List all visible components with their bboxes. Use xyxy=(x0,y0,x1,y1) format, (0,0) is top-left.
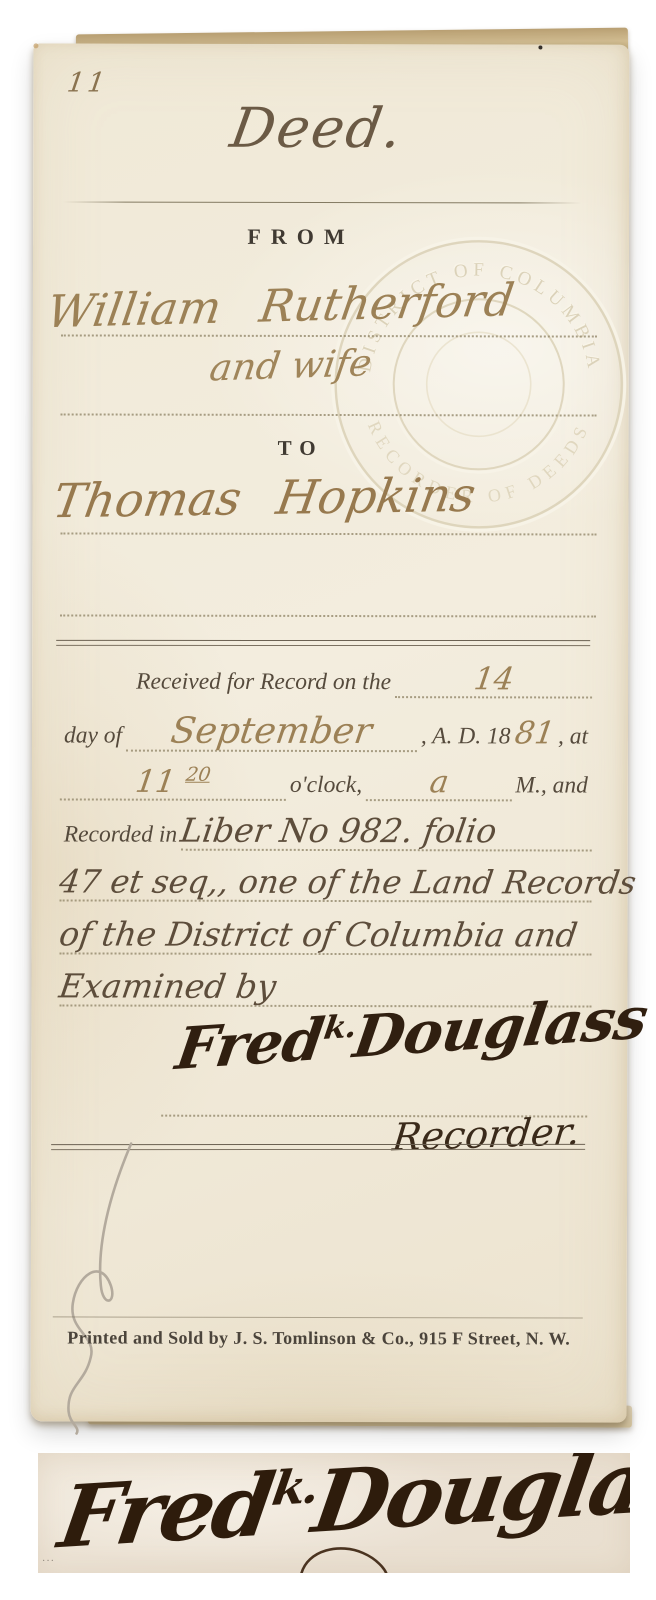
printed-ad-prefix: , A. D. 18 xyxy=(417,723,515,750)
handwritten-folio: 47 et seq,, one of the Land Records xyxy=(58,867,638,897)
handwritten-liber: Liber No 982. folio xyxy=(179,816,499,846)
handwritten-jurisdiction: of the District of Columbia and xyxy=(57,919,579,950)
paper-speck xyxy=(538,45,542,49)
received-line-2: day of September , A. D. 18 81 , at xyxy=(60,715,592,752)
printed-at: , at xyxy=(554,723,592,750)
grantee-name: Thomas Hopkins xyxy=(49,466,620,530)
received-line-6: of the District of Columbia and xyxy=(60,919,592,955)
edge-marks: ··· xyxy=(42,1556,55,1567)
pencil-scribble xyxy=(39,1135,160,1435)
printed-day-of: day of xyxy=(60,722,126,749)
recorder-title: Recorder. xyxy=(390,1109,582,1159)
form-blank-line xyxy=(61,412,597,416)
handwritten-examined-by: Examined by xyxy=(57,971,278,1001)
horizontal-rule xyxy=(63,201,581,203)
printed-received-prefix: Received for Record on the xyxy=(132,669,395,697)
handwritten-month: September xyxy=(169,716,374,749)
received-line-3: 11 20 o'clock, a M., and xyxy=(60,765,592,801)
handwritten-meridiem: a xyxy=(428,770,450,798)
form-blank-line xyxy=(60,531,596,535)
paper-speck xyxy=(33,43,38,48)
to-label: TO xyxy=(33,435,569,461)
form-blank-line xyxy=(60,613,596,617)
signature-closeup-inset: Fredk.Douglass ··· xyxy=(38,1453,630,1573)
printer-imprint: Printed and Sold by J. S. Tomlinson & Co… xyxy=(31,1327,607,1349)
printed-recorded-in: Recorded in xyxy=(60,821,181,848)
handwritten-day: 14 xyxy=(472,666,515,694)
handwritten-time: 11 20 xyxy=(134,766,212,797)
handwritten-page-number: 11 xyxy=(65,67,110,98)
received-line-1: Received for Record on the 14 xyxy=(60,665,592,698)
handwritten-year: 81 xyxy=(513,720,556,748)
partial-recorder-letter xyxy=(293,1541,403,1573)
received-line-5: 47 et seq,, one of the Land Records xyxy=(60,867,592,902)
printed-oclock: o'clock, xyxy=(286,772,366,799)
printed-m-and: M., and xyxy=(511,773,592,800)
received-line-4: Recorded in Liber No 982. folio xyxy=(60,815,592,851)
deed-docket-cover: 11 Deed. FROM DISTRICT OF COLUMBIA DISTR… xyxy=(31,43,630,1422)
double-rule xyxy=(56,640,590,646)
deed-title: Deed. xyxy=(28,95,606,160)
